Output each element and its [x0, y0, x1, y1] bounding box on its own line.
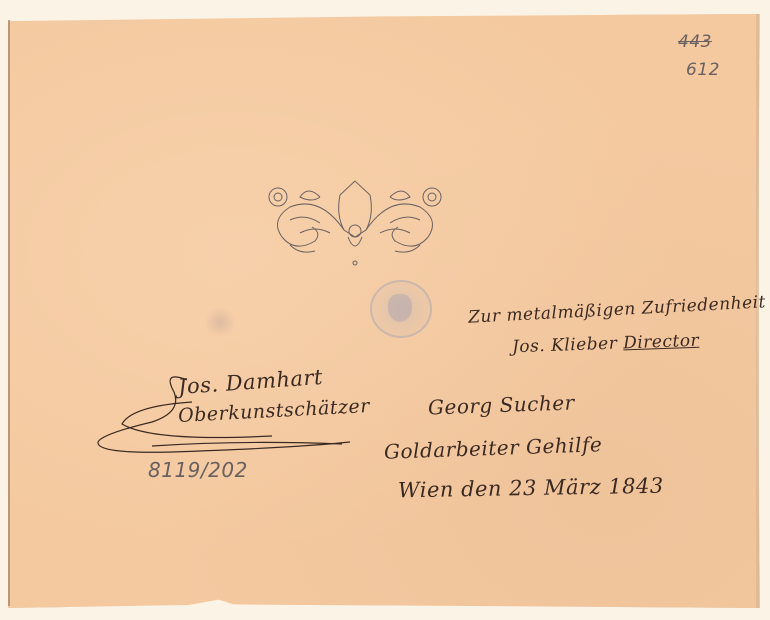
ornament-sketch: [260, 175, 450, 270]
archive-stamp: [370, 280, 432, 338]
approver-title: Director: [623, 331, 700, 354]
maker-name: Georg Sucher: [428, 390, 575, 419]
inventory-number: 8119/202: [148, 458, 248, 482]
approver-name: Jos. Klieber: [512, 334, 618, 358]
sheet-left-edge: [8, 20, 10, 606]
place-date: Wien den 23 März 1843: [398, 474, 664, 503]
archive-number: 612: [686, 60, 720, 80]
eagle-emblem-icon: [388, 294, 412, 322]
faint-stamp-mark: [206, 306, 234, 338]
archive-number-crossed: 443: [678, 32, 712, 52]
